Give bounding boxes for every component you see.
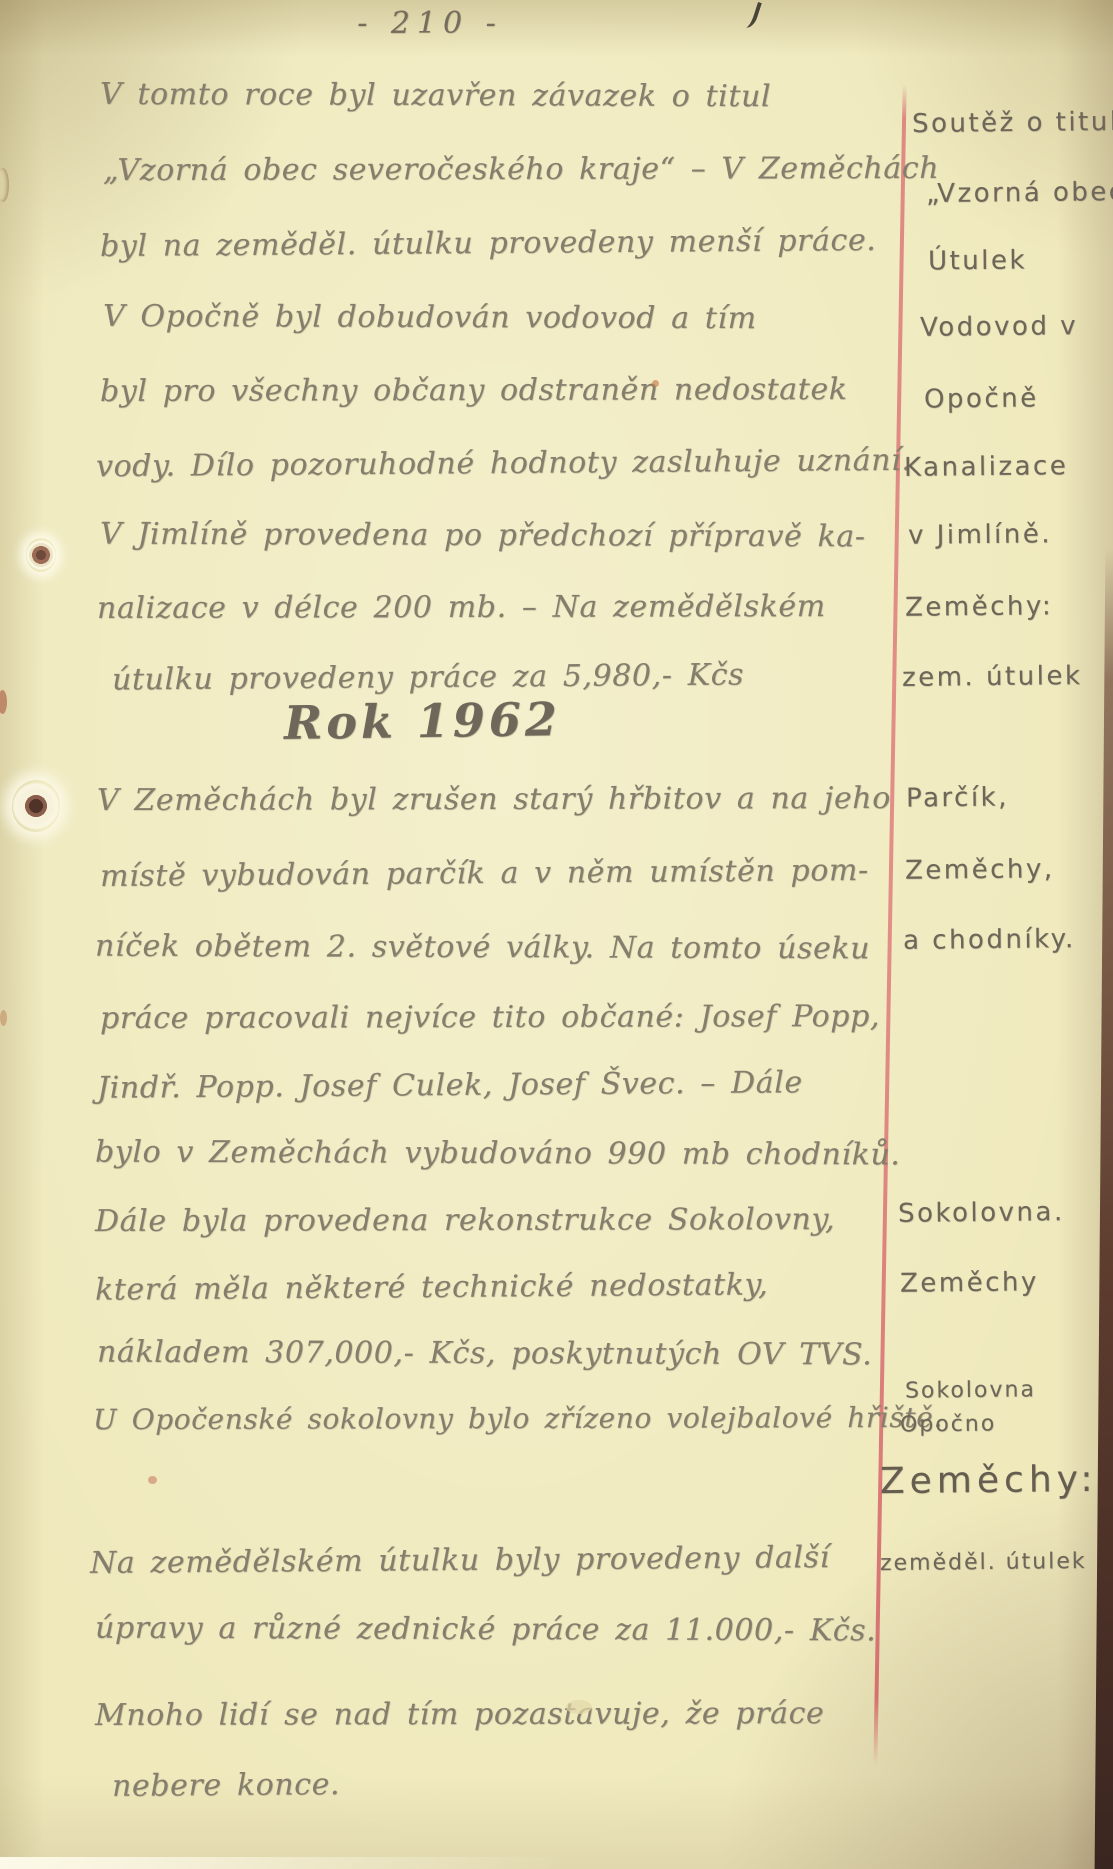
handwritten-line: nebere konce.	[112, 1767, 340, 1804]
handwritten-line: Na zemědělském útulku byly provedeny dal…	[90, 1540, 830, 1581]
handwritten-line: místě vybudován parčík a v něm umístěn p…	[100, 853, 869, 894]
margin-note: Kanalizace	[904, 451, 1069, 483]
handwritten-line: V Jimlíně provedena po předchozí příprav…	[100, 517, 866, 555]
book-binding-edge	[1093, 548, 1113, 1869]
margin-note: Sokolovna	[905, 1377, 1036, 1403]
handwritten-line: bylo v Zeměchách vybudováno 990 mb chodn…	[95, 1135, 901, 1173]
margin-note: zem. útulek	[902, 661, 1083, 693]
handwritten-line: nákladem 307,000,- Kčs, poskytnutých OV …	[97, 1335, 872, 1373]
margin-note: Opočně	[924, 383, 1039, 414]
margin-note: Soutěž o titul	[912, 107, 1113, 139]
ink-mark	[738, 0, 762, 30]
paper-stain	[652, 380, 659, 387]
scan-edge	[0, 1857, 560, 1869]
handwritten-line: byl pro všechny občany odstraněn nedosta…	[100, 372, 848, 409]
handwritten-line: U Opočenské sokolovny bylo zřízeno volej…	[93, 1401, 943, 1436]
handwritten-line: Jindř. Popp. Josef Culek, Josef Švec. – …	[97, 1065, 803, 1106]
margin-note: „Vzorná obec“	[926, 177, 1113, 209]
chronicle-page: - 210 - V tomto roce byl uzavřen závazek…	[0, 0, 1113, 1869]
margin-note: Parčík,	[906, 782, 1009, 813]
handwritten-line: V Opočně byl dobudován vodovod a tím	[103, 299, 757, 336]
handwritten-line: níček obětem 2. světové války. Na tomto …	[95, 929, 870, 967]
handwritten-line: vody. Dílo pozoruhodné hodnoty zasluhuje…	[96, 443, 912, 484]
handwritten-line: práce pracovali nejvíce tito občané: Jos…	[100, 999, 880, 1036]
paper-blemish	[0, 690, 7, 714]
page-number: - 210 -	[300, 6, 560, 41]
margin-note: Opočno	[900, 1411, 997, 1437]
margin-note: v Jimlíně.	[908, 519, 1052, 551]
paper-blemish	[0, 1010, 7, 1026]
paper-stain	[148, 1476, 157, 1484]
handwritten-line: Dále byla provedena rekonstrukce Sokolov…	[95, 1202, 835, 1239]
binding-hole-top	[26, 538, 56, 572]
handwritten-line: Mnoho lidí se nad tím pozastavuje, že pr…	[95, 1696, 824, 1733]
margin-note: Zeměchy	[900, 1267, 1039, 1298]
handwritten-line: „Vzorná obec severočeského kraje“ – V Ze…	[103, 151, 939, 188]
margin-note: Vodovod v	[920, 311, 1078, 343]
margin-note: Zeměchy:	[905, 591, 1053, 623]
handwritten-line: útulku provedeny práce za 5,980,- Kčs	[112, 658, 744, 698]
margin-note: Sokolovna.	[898, 1197, 1065, 1229]
margin-note: Zeměchy:	[880, 1459, 1098, 1502]
year-heading: Rok 1962	[284, 692, 562, 750]
handwritten-line: úpravy a různé zednické práce za 11.000,…	[95, 1611, 876, 1649]
handwritten-line: V Zeměchách byl zrušen starý hřbitov a n…	[97, 781, 891, 818]
margin-note: Zeměchy,	[905, 854, 1055, 886]
handwritten-line: která měla některé technické nedostatky,	[95, 1267, 768, 1307]
margin-note: Útulek	[928, 245, 1027, 276]
binding-hole-bottom	[9, 777, 64, 835]
handwritten-line: V tomto roce byl uzavřen závazek o titul	[100, 77, 771, 114]
paper-blemish	[0, 168, 9, 202]
paper-stain	[566, 1700, 592, 1714]
margin-rule-line	[873, 84, 906, 1766]
margin-note: a chodníky.	[903, 924, 1076, 956]
handwritten-line: byl na zeměděl. útulku provedeny menší p…	[100, 223, 877, 264]
handwritten-line: nalizace v délce 200 mb. – Na zemědělské…	[97, 589, 826, 626]
margin-note: zeměděl. útulek	[880, 1549, 1087, 1576]
